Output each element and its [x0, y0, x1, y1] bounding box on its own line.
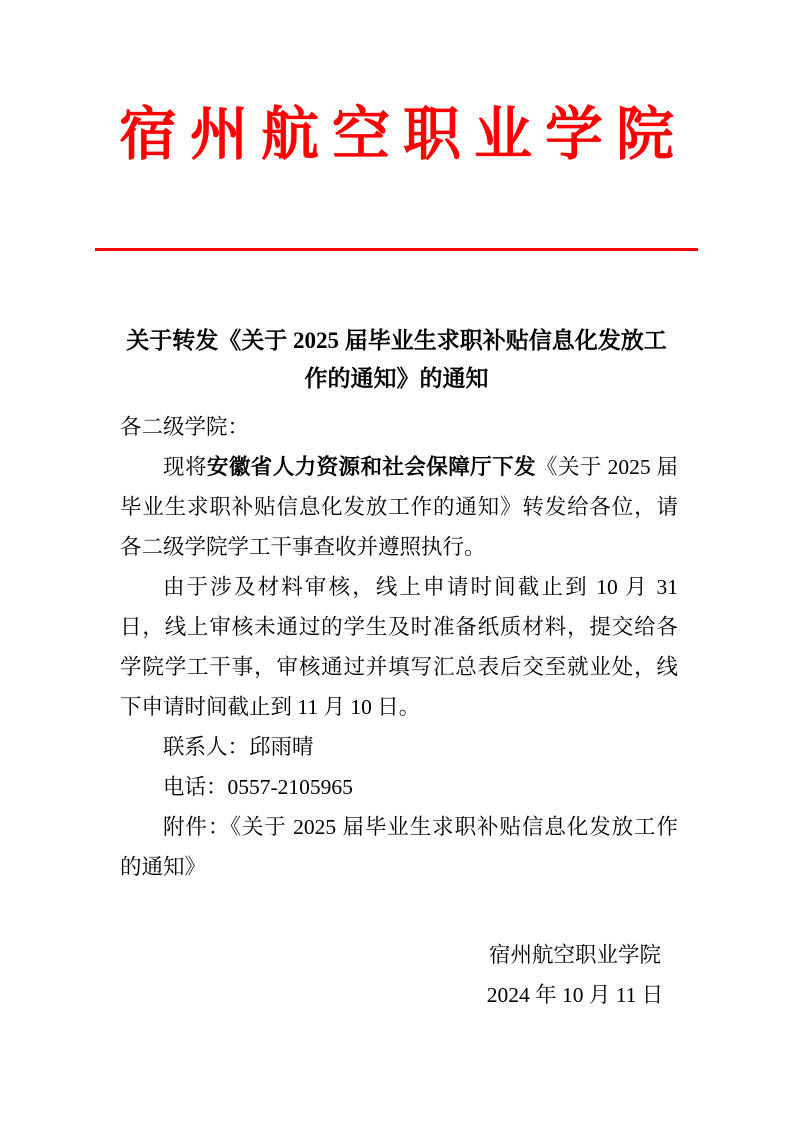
signature-org-name: 宿州航空职业学院 — [425, 935, 725, 975]
paragraph-deadlines: 由于涉及材料审核，线上申请时间截止到 10 月 31 日，线上审核未通过的学生及… — [120, 567, 678, 727]
document-title: 关于转发《关于 2025 届毕业生求职补贴信息化发放工 作的通知》的通知 — [40, 322, 753, 398]
letterhead-org-name: 宿州航空职业学院 — [0, 102, 793, 168]
document-page: 宿州航空职业学院 关于转发《关于 2025 届毕业生求职补贴信息化发放工 作的通… — [0, 0, 793, 1121]
salutation: 各二级学院： — [120, 407, 678, 447]
paragraph-forwarding: 现将安徽省人力资源和社会保障厅下发《关于 2025 届毕业生求职补贴信息化发放工… — [120, 447, 678, 567]
attachment-line: 附件：《关于 2025 届毕业生求职补贴信息化发放工作的通知》 — [120, 807, 678, 887]
signature-date: 2024 年 10 月 11 日 — [425, 975, 725, 1015]
document-title-line2: 作的通知》的通知 — [40, 360, 753, 398]
contact-person-line: 联系人：邱雨晴 — [120, 727, 678, 767]
document-title-line1: 关于转发《关于 2025 届毕业生求职补贴信息化发放工 — [40, 322, 753, 360]
document-body: 各二级学院： 现将安徽省人力资源和社会保障厅下发《关于 2025 届毕业生求职补… — [120, 407, 678, 887]
paragraph-forwarding-prefix: 现将 — [163, 455, 207, 479]
letterhead-divider-line — [95, 248, 698, 251]
signature-block: 宿州航空职业学院 2024 年 10 月 11 日 — [425, 935, 725, 1015]
phone-line: 电话：0557-2105965 — [120, 767, 678, 807]
paragraph-forwarding-issuing-department: 安徽省人力资源和社会保障厅下发 — [207, 455, 536, 479]
